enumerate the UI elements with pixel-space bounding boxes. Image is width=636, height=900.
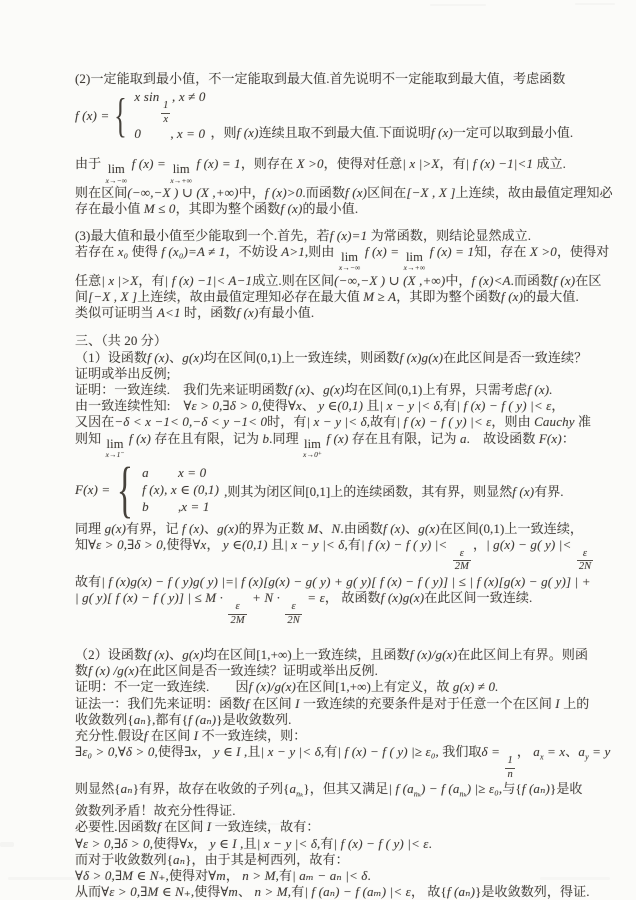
text-run: 上的 [563,696,589,711]
text-line: 敛数列矛盾！故充分性得证. [75,803,580,818]
text-run: 在区 [575,273,601,288]
text-run: ， [193,836,209,851]
math-run: [−X , X ] [406,185,455,200]
math-run: g(x) [323,382,345,397]
text-run: 成立.则在区间 [252,273,334,288]
text-run: . [367,868,370,883]
text-run: 由一致连续性知: [75,398,184,413]
math-run: = ε [304,590,325,605]
math-run: , x ≠ 0 [172,89,205,104]
math-run: f (x₀)=A ≠ 1 [158,244,226,259]
text-run: 准 [575,414,591,429]
limit-operator: limx→−∞ [339,251,361,272]
text-run: 中， [445,273,471,288]
math-run: f (x)<A [472,273,511,288]
text-run: 在此区间一致连续. [424,590,532,605]
text-run: 一定可以取到最小值. [453,125,573,140]
text-run: 有 [348,537,361,552]
math-run: aₙ [134,712,146,727]
text-run: 且 [268,537,284,552]
math-run: −δ < x −1< 0,−δ < y −1< 0 [114,414,267,429]
text-run: ， 故{ [411,884,447,899]
text-run: 在区间(0,1)上一致连续， [440,521,583,536]
math-run: I [194,728,202,743]
math-run: | g( y)[ f (x) − f ( y)] | ≤ M · [75,590,226,605]
text-line: （1）设函数f (x)、g(x)均在区间(0,1)上一致连续，则函数f (x)g… [75,350,580,365]
math-run: a [460,431,467,446]
text-run: 一致连续的充要条件是对于任意一个在区间 [303,696,555,711]
math-run: f (x). [527,382,552,397]
math-run: f (x) /g(x) [88,663,139,678]
text-run: （1）设函数 [75,350,147,365]
math-run: f (x) [237,125,259,140]
math-run: | f (x) − f ( y) |≥ ε₀, [337,744,438,759]
math-run: f (aₙ) [447,884,475,899]
text-run: 且 [247,744,260,759]
math-run: | x |>X [402,156,439,171]
case-row: f (x), x ∈ (0,1) [142,482,219,498]
fraction-denominator: n [505,768,514,781]
math-run: x = 1 [181,499,209,514]
fraction-denominator: 2N [577,560,593,573]
lim-word: lim [173,163,190,176]
math-run: f (x)g(x) [400,350,444,365]
math-run: X >0 [530,244,557,259]
lim-word: lim [406,251,423,264]
text-run: ，有 [138,273,164,288]
math-run: M [307,521,318,536]
text-run: 为常函数，则结论显然成立. [367,228,531,243]
text-run: 均在区间(0,1)上一致连续，则函数 [204,350,400,365]
text-run: 、 [565,744,578,759]
piecewise-function: f (x) = {x sin1x, x ≠ 00 , x = 0，则f (x)连… [75,89,580,142]
math-run: ∃x [184,744,197,759]
text-run: 若存在 [75,244,118,259]
text-run: , [149,499,182,514]
math-run: ∀m [208,868,226,883]
case-row: b ,x = 1 [142,499,219,515]
text-run: 、 [169,647,182,662]
text-run: 存在且有限，记为 [151,431,263,446]
text-run: 、 [318,521,331,536]
subscripted-symbol: anₖ [453,781,467,796]
math-run: [−X , X ] [88,289,137,304]
math-run: a [142,465,149,480]
text-run: 有 [320,836,333,851]
text-run: ， [206,537,222,552]
text-run: 知，存在 [474,244,530,259]
text-line: (2)一定能取到最小值，不一定能取到最大值.首先说明不一定能取到最大值，考虑函数 [75,71,580,86]
text-run: }是收敛数列. [216,712,291,727]
math-run: | x − y |< δ, [257,836,321,851]
math-run: f (x) [512,484,534,499]
text-line: 又因在−δ < x −1< 0,−δ < y −1< 0时，有| x − y |… [75,414,580,429]
text-run: ， [226,868,242,883]
math-run: x = 0 [178,465,206,480]
fraction: ε2M [228,602,246,626]
math-run: ∀x [288,398,302,413]
text-run: },都有{ [146,712,188,727]
text-run: 使得 [153,836,179,851]
math-run: Cauchy [534,414,575,429]
text-run: 使得 [262,398,288,413]
text-run: 时，函数 [181,305,237,320]
text-run: ，则由 [491,414,534,429]
text-line: 则显然{aₙ}有界，故存在收敛的子列{anₖ}，但其又满足| f (anₖ) −… [75,781,580,802]
text-run: 证明：不一定一致连续. 因 [75,679,249,694]
text-run: 故有 [75,574,101,589]
math-run: x sin [134,89,159,104]
text-run: 使得对 [169,868,208,883]
text-run: 在此区间是否一致连续？ [443,350,587,365]
text-line: ∀δ > 0,∃M ∈ N₊,使得对∀m， n > M,有| aₘ − aₙ |… [75,868,580,883]
math-run: | f (x) − f ( y) |< [361,537,451,552]
text-line: 而对于收敛数列{aₙ}，由于其是柯西列，故有： [75,852,580,867]
math-run: f (x) [179,521,204,536]
text-line: 充分性.假设f 在区间 I 不一致连续，则： [75,728,580,743]
text-run: 在区间 [151,728,194,743]
fraction-numerator: 1 [506,756,513,767]
math-run: f (x)/g(x) [249,679,296,694]
math-run: f (aₙ) [188,712,216,727]
math-run: ) − f ( [421,781,453,796]
math-run: f (x) [126,431,151,446]
text-line: 三、（共 20 分） [75,333,580,348]
math-run: F(x) = [75,482,110,497]
vertical-gap [75,144,580,156]
subscripted-symbol: ax [533,744,543,759]
math-run: (−∞,−X ) ∪ (X ,+∞) [127,185,238,200]
math-run: | f (x) − f ( y) |< ε [334,836,429,851]
document-page: (2)一定能取到最小值，不一定能取到最大值.首先说明不一定能取到最大值，考虑函数… [0,0,636,900]
fraction-denominator: x [161,113,170,126]
cases-rows: a x = 0f (x), x ∈ (0,1)b ,x = 1 [142,465,219,515]
text-run: 的界为正数 [239,521,308,536]
text-run: 使得 [158,744,184,759]
document-content: (2)一定能取到最小值，不一定能取到最大值.首先说明不一定能取到最大值，考虑函数… [75,71,580,900]
fraction: ε2M [453,549,471,573]
lim-subscript: x→+∞ [404,264,426,272]
math-run: y ∈(0,1) [318,398,363,413]
cases-tail-text: ,则其为闭区间[0,1]上的连续函数，其有界，则显然f (x)有界. [224,481,563,500]
function-lhs: F(x) = [75,482,110,498]
text-run: 、 [310,382,323,397]
math-run: f (x) = 1 [426,244,474,259]
text-run: ， [551,398,564,413]
math-run: ∃ε₀ > 0,∀δ > 0, [75,744,158,759]
text-run: .由函数 [340,521,383,536]
math-run: g(x) ≠ 0. [453,679,499,694]
text-line: ∀ε > 0,∃δ > 0,使得∀x， y ∈ I ,且| x − y |< δ… [75,836,580,851]
math-run: f (x)=1 [330,228,368,243]
math-run: | f (x) −1|< A−1 [165,273,253,288]
math-run: f (x) = [128,156,169,171]
text-run: 成立. [533,156,566,171]
limit-operator: limx→−∞ [106,163,128,184]
lim-word: lim [108,163,125,176]
text-run: 时，有 [267,414,306,429]
math-run: | x − y |< δ, [261,744,325,759]
text-run: 证明或举出反例; [75,366,170,381]
text-line: 则在区间(−∞,−X ) ∪ (X ,+∞)中，f (x)>0.而函数f (x)… [75,185,580,200]
cases-rows: x sin1x, x ≠ 00 , x = 0 [134,89,205,142]
vertical-gap [75,218,580,228]
fraction-numerator: ε [234,602,240,613]
math-run: f (x) [323,431,348,446]
text-run: }是收 [550,781,583,796]
case-row: x sin1x, x ≠ 0 [134,89,205,125]
math-run: x = 0 [177,126,205,141]
text-line: ∃ε₀ > 0,∀δ > 0,使得∃x， y ∈ I ,且| x − y |< … [75,744,580,780]
math-run: I [207,819,215,834]
text-run: 收敛数列{ [75,712,134,727]
text-run: ,则其为闭区间[0,1]上的连续函数，其有界，则显然 [224,484,512,499]
math-run: M ≥ A [363,289,396,304]
text-run: ，则 [211,125,237,140]
text-run: 、 [405,521,418,536]
text-run: 有界. [534,484,563,499]
text-run: ，不妨设 [225,244,281,259]
text-run: 则在区间 [75,185,127,200]
math-run: y ∈ I , [214,744,248,759]
math-run: ∀ε > 0,∃δ > 0, [184,398,262,413]
text-run: 使得 [166,537,192,552]
math-run: f (x) [431,125,453,140]
text-run: 一致连续，故有： [215,819,320,834]
text-run: , [141,126,177,141]
text-run: 在区间 [252,696,295,711]
text-line: 收敛数列{aₙ},都有{f (aₙ)}是收敛数列. [75,712,580,727]
math-run: ∀x [179,836,193,851]
text-run: 在区间 [164,819,207,834]
text-run: 连续且取不到最大值.下面说明 [259,125,431,140]
subscripted-symbol: anₖ [290,781,304,796]
math-run: f (x) [345,185,367,200]
scan-artifact [575,3,615,5]
text-run: 且 [244,836,257,851]
text-run: ，使得对任意 [324,156,403,171]
limit-operator: limx→0⁺ [303,438,322,459]
math-run: ∀ε > 0,∃δ > 0, [88,537,166,552]
text-run: 而对于收敛数列{ [75,852,173,867]
text-run: 同理 [75,521,105,536]
text-run: }有界，故存在收敛的子列{ [133,781,290,796]
text-line: (3)最大值和最小值至少能取到一个.首先，若f (x)=1 为常函数，则结论显然… [75,228,580,243]
math-run: ∀m [220,884,238,899]
text-run: ： [562,431,575,446]
math-run: f (x) [147,647,169,662]
math-run: | f ( [388,781,407,796]
text-line: 任意| x |>X，有| f (x) −1|< A−1成立.则在区间(−∞,−X… [75,273,580,288]
math-run: = y [589,744,611,759]
math-run: f (x) [553,273,575,288]
text-run: }是收敛数列，得证. [475,884,590,899]
symbol-subscript: nₖ [459,790,466,799]
text-run: 三、（共 20 分） [75,333,167,348]
math-run: (−∞,−X ) ∪ (X ,+∞) [334,273,445,288]
math-run: I [555,696,563,711]
text-run: 区间在 [367,185,406,200]
curly-brace: { [117,462,133,519]
text-run: 上连续，故由最值定理知必 [456,185,613,200]
math-run: + N · [249,590,284,605]
text-line: 间[−X , X ]上连续，故由最值定理知必存在最大值 M ≥ A，其即为整个函… [75,289,580,304]
math-run: | x − y |< δ, [380,398,444,413]
text-run: ， 故函数 [325,590,381,605]
math-run: f (x)g(x) [381,590,425,605]
text-run: 不一致连续，则： [202,728,307,743]
math-run: b [142,499,149,514]
math-run: | x − y |< δ, [284,537,348,552]
math-run: aₙ [121,781,133,796]
case-row: a x = 0 [142,465,219,481]
fraction-denominator: 2M [228,614,246,627]
scanned-document-page: { "page": { "background_color": "#fbfbf9… [0,0,636,900]
lim-word: lim [107,438,124,451]
math-run: X >0 [297,156,324,171]
text-run: （2）设函数 [75,647,147,662]
subscripted-symbol: ay [578,744,588,759]
text-line: 同理 g(x)有界，记 f (x)、g(x)的界为正数 M、N.由函数f (x)… [75,521,580,536]
math-run: g(x) [217,521,239,536]
text-run: 有 [279,868,292,883]
text-run: 中， [239,185,265,200]
math-run: f (x)>0 [265,185,303,200]
text-run: . [429,836,432,851]
text-run: 、 [302,398,318,413]
lim-subscript: x→+∞ [170,177,192,185]
math-run: ) |≥ ε₀, [467,781,503,796]
math-run: | f (x) −1|<1 [466,156,533,171]
math-run: | x |>X [101,273,138,288]
text-run: 且 [363,398,379,413]
math-run: | f (x)g(x) − f ( y)g( y) |=| f (x)[g(x)… [101,574,590,589]
lim-subscript: x→0⁺ [303,451,322,459]
math-run: g(x) [182,647,204,662]
text-run: 在此区间是否一致连续？证明或举出反例. [139,663,378,678]
text-run: . 故设函数 [467,431,539,446]
text-run: 均在区间[1,+∞)上一致连续，且函数 [204,647,410,662]
text-line: 由一致连续性知: ∀ε > 0,∃δ > 0,使得∀x、 y ∈(0,1) 且|… [75,398,580,413]
text-run: 从而 [75,884,101,899]
text-run: 知 [75,537,88,552]
curly-brace: { [115,94,128,138]
text-run: 与{ [502,781,521,796]
text-run: .同理 [269,431,302,446]
lim-subscript: x→−∞ [339,264,361,272]
text-run: 由于 [75,156,105,171]
math-run: A>1 [281,244,305,259]
subscripted-symbol: anₖ [407,781,421,796]
math-run: f (x) = [361,244,402,259]
math-run: | g(x) − g( y) |< [486,537,575,552]
text-run: 必要性.因函数 [75,819,157,834]
math-run: A<1 [157,305,181,320]
scan-artifact [0,842,14,847]
math-run: f (x) [280,201,302,216]
text-run: 上连续，故由最值定理知必存在最大值 [137,289,363,304]
math-run: | f (aₙ) − f (aₘ) |< ε [304,884,411,899]
text-run: 均在区间(0,1)上有界，只需考虑 [345,382,528,397]
text-run: 证法一：我们先来证明：函数 [75,696,245,711]
vertical-gap [75,627,580,647]
text-run: 充分性.假设 [75,728,144,743]
math-run: f (x) = 1 [193,156,241,171]
text-line: 若存在 x₀ 使得 f (x₀)=A ≠ 1，不妨设 A>1,则由 limx→−… [75,244,580,272]
text-run: 故有 [370,414,396,429]
text-run: 的最大值. [523,289,579,304]
fraction-numerator: 1 [162,101,169,112]
math-run: n > M, [242,868,279,883]
text-line: 知∀ε > 0,∃δ > 0,使得∀x， y ∈(0,1) 且| x − y |… [75,537,580,573]
math-run: | f (x) − f ( y) |< ε [396,414,491,429]
math-run: f (x) [383,521,405,536]
text-run: ，其即为整个函数 [396,289,501,304]
math-run: n > M, [254,884,291,899]
text-run: }，但其又满足 [303,781,388,796]
symbol-base: a [407,781,414,796]
math-run: x₀ [118,244,132,259]
text-run: 、 [169,350,182,365]
text-run: 有 [291,884,304,899]
math-run: I [295,696,303,711]
text-run: 间 [75,289,88,304]
text-line: 从而∀ε > 0,∃M ∈ N₊,使得∀m、 n > M,有| f (aₙ) −… [75,884,580,899]
text-run: .而函数 [511,273,554,288]
math-run: y ∈ I , [210,836,244,851]
scan-artifact [430,4,486,6]
fraction: 1n [505,756,514,780]
fraction: 1x [161,101,170,125]
lim-subscript: x→−∞ [106,177,128,185]
math-run: f [144,728,151,743]
text-run: (3)最大值和最小值至少能取到一个.首先，若 [75,228,330,243]
text-run: 在区间[1,+∞)上有定义，故 [296,679,453,694]
text-line: 必要性.因函数f 在区间 I 一致连续，故有： [75,819,580,834]
text-run: 我们取 [439,744,482,759]
math-run: δ = [482,744,504,759]
text-line: 证明：一致连续. 我们先来证明函数f (x)、g(x)均在区间(0,1)上有界，… [75,382,580,397]
math-run: | aₘ − aₙ |< δ [292,868,367,883]
math-run: = x [544,744,566,759]
limit-operator: limx→+∞ [404,251,426,272]
fraction-numerator: ε [582,549,588,560]
text-run: 存在且有限，记为 [348,431,460,446]
text-line: 类似可证明当 A<1 时，函数f (x)有最小值. [75,305,580,320]
math-run: f (x) [147,350,169,365]
text-run: 则显然{ [75,781,121,796]
text-run: ， [197,744,213,759]
math-run: M ≤ 0 [144,201,176,216]
case-row: 0 , x = 0 [134,126,205,142]
limit-operator: limx→+∞ [170,163,192,184]
fraction-denominator: 2M [453,560,471,573]
math-run: ∀ε > 0,∃δ > 0, [75,836,153,851]
text-run: 类似可证明当 [75,305,157,320]
function-lhs: f (x) = [75,108,109,124]
math-run: f (x) [236,305,258,320]
text-line: 证明或举出反例; [75,366,580,381]
text-run: ， [473,537,486,552]
fraction: ε2N [577,549,593,573]
symbol-subscript: nₖ [414,790,421,799]
math-run: f (x) [288,382,310,397]
symbol-base: a [533,744,540,759]
text-run: 则知 [75,431,105,446]
text-line: 数f (x) /g(x)在此区间是否一致连续？证明或举出反例. [75,663,580,678]
math-run: f (x)/g(x) [410,647,457,662]
math-run: | x − y |< δ, [306,414,370,429]
